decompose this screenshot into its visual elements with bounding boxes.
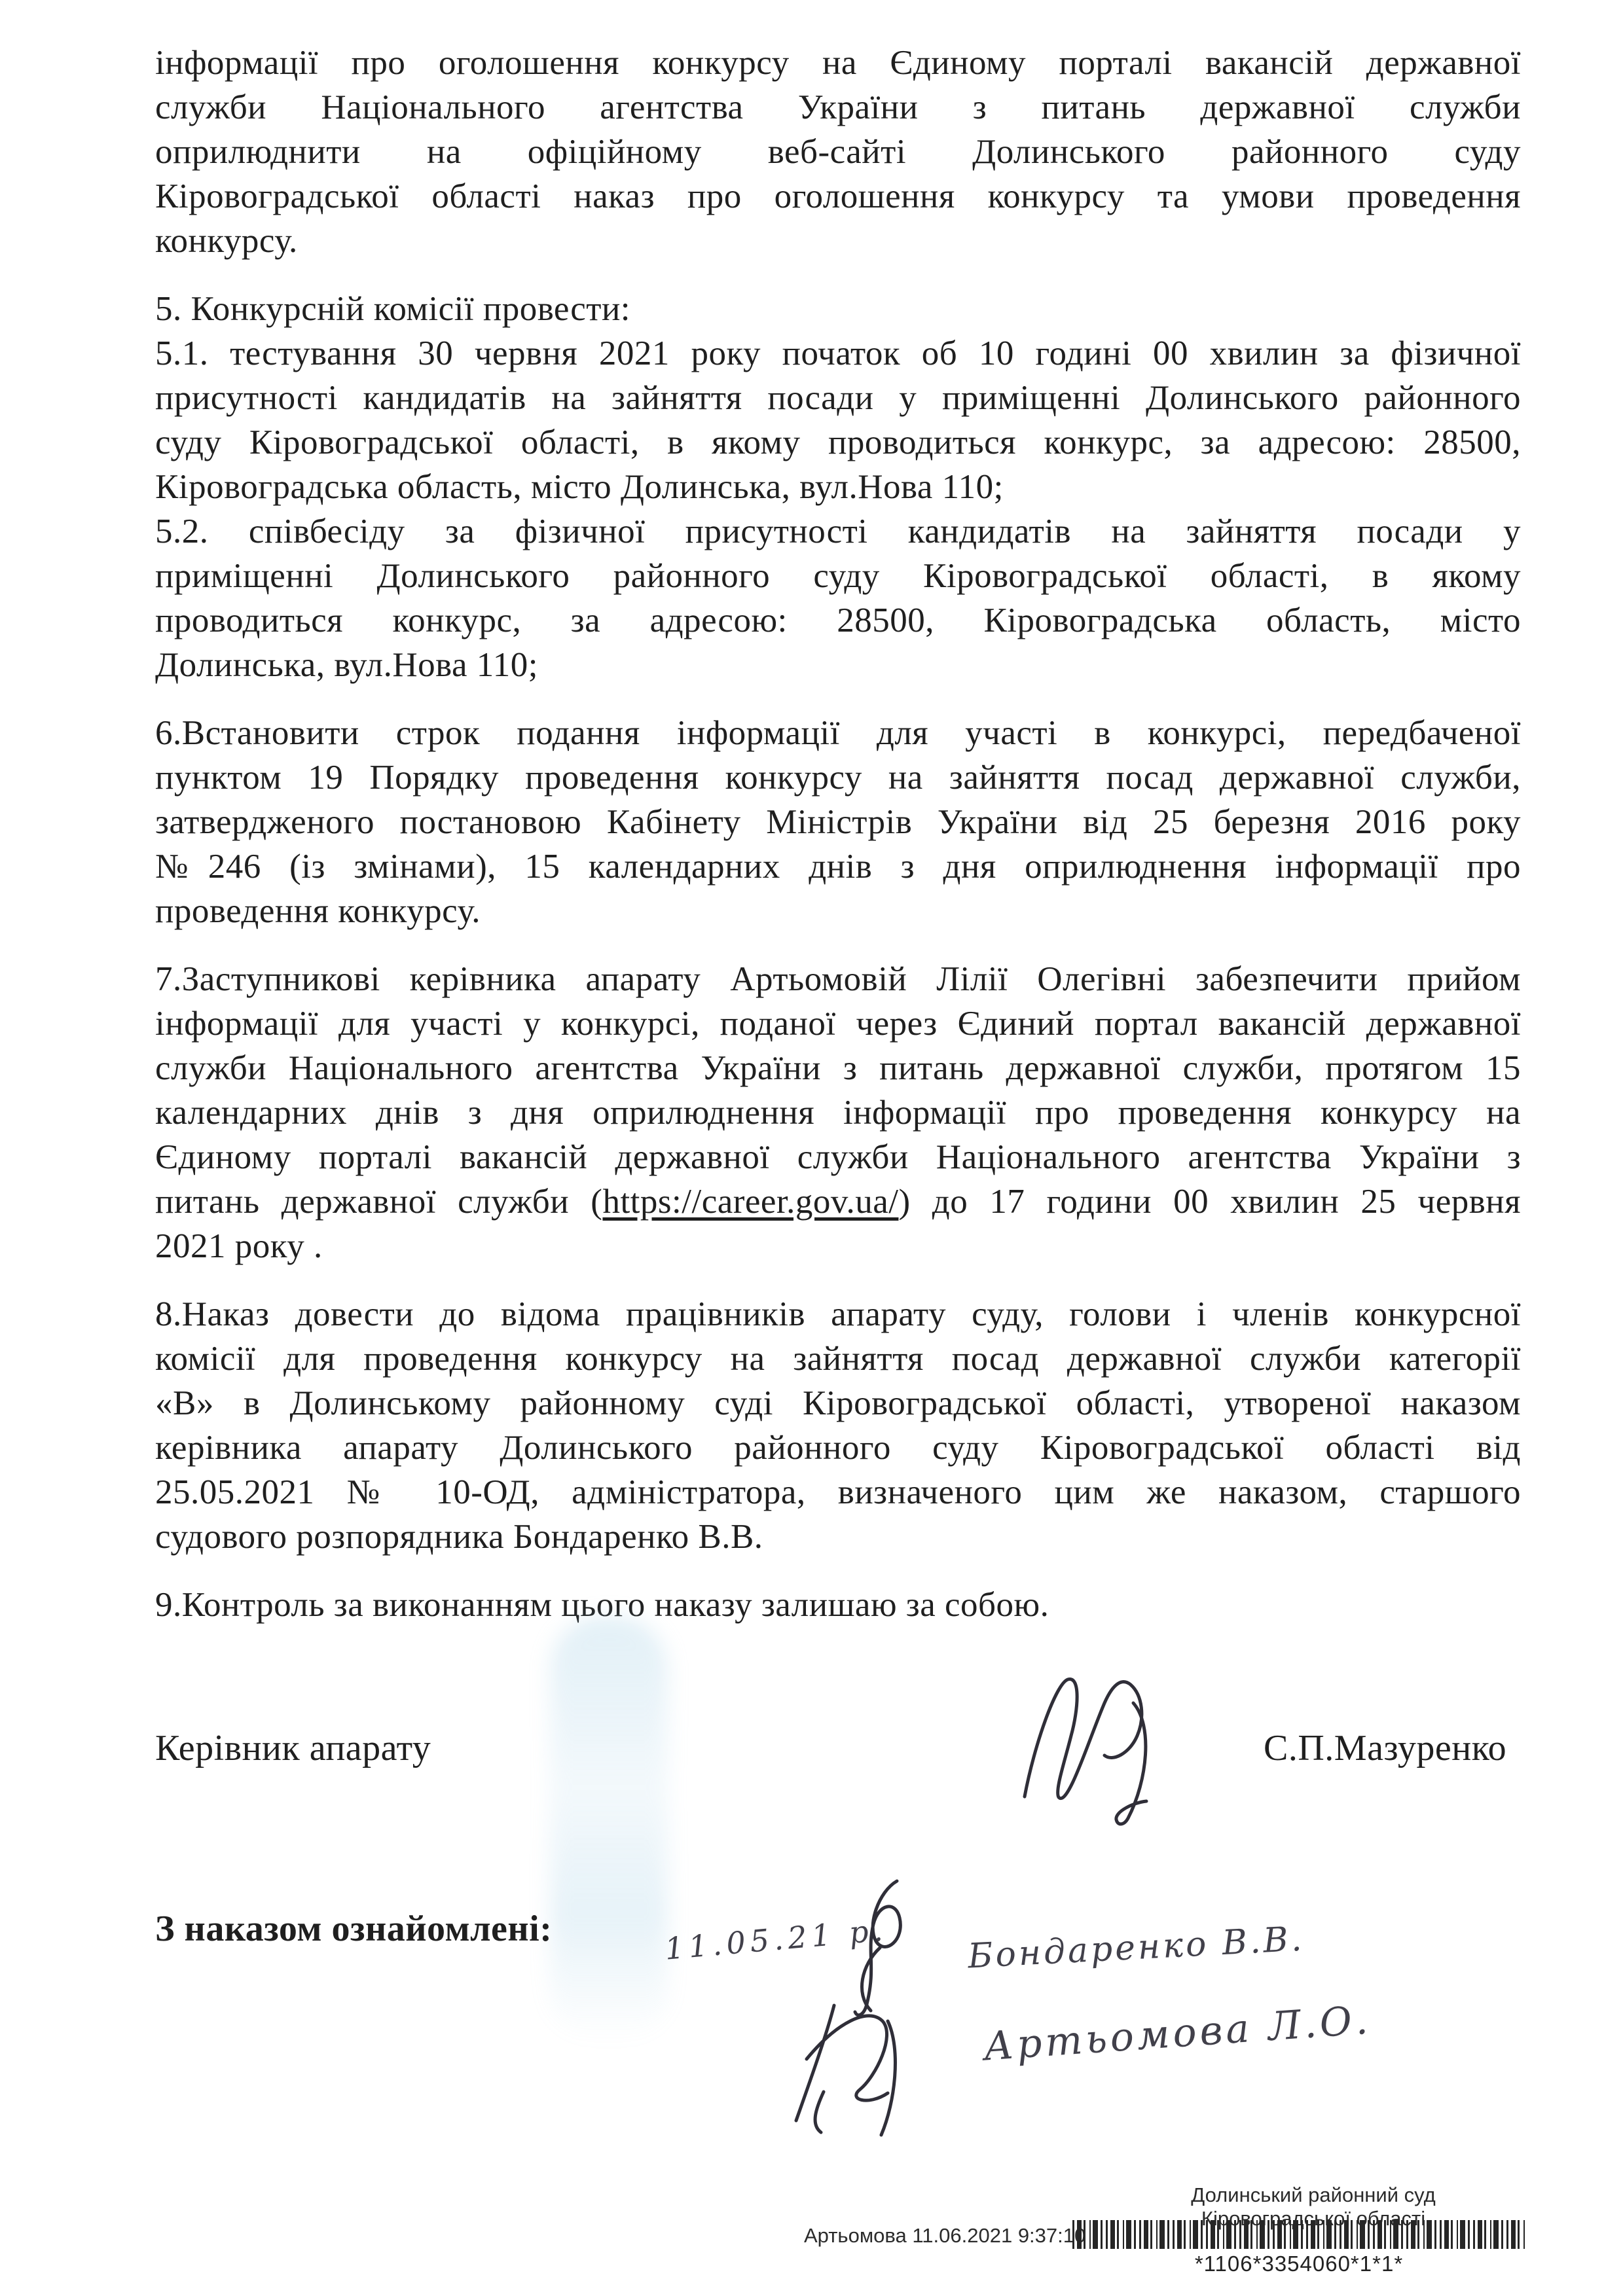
footer-registration-stamp: Артьомова 11.06.2021 9:37:10 <box>804 2224 1085 2248</box>
text-line: №246 (із змінами), 15 календарних днів з… <box>155 844 1521 889</box>
paragraph-5-2: 5.2. співбесіду за фізичної присутності … <box>155 509 1521 687</box>
link-suffix-text: ) до 17 години 00 хвилин 25 червня <box>898 1183 1521 1221</box>
paragraph-5-1: 5.1. тестування 30 червня 2021 року поча… <box>155 331 1521 509</box>
text-line: керівника апарату Долинського районного … <box>155 1426 1521 1470</box>
signature-mazurenko <box>1005 1662 1188 1833</box>
text-line: 7.Заступникові керівника апарату Артьомо… <box>155 957 1521 1001</box>
section-9: 9.Контроль за виконанням цього наказу за… <box>155 1583 1521 1627</box>
text-line: 25.05.2021 № 10-ОД, адміністратора, визн… <box>155 1470 1521 1515</box>
text-line-with-link: питань державної служби (https://career.… <box>155 1179 1521 1224</box>
text-line: «В» в Долинському районному суді Кіровог… <box>155 1381 1521 1426</box>
section-8: 8.Наказ довести до відома працівників ап… <box>155 1292 1521 1559</box>
career-portal-url: https://career.gov.ua/ <box>602 1183 898 1221</box>
text-line: проводиться конкурс, за адресою: 28500, … <box>155 598 1521 643</box>
paragraph-intro: інформації про оголошення конкурсу на Єд… <box>155 41 1521 263</box>
text-line: служби Національного агентства України з… <box>155 1046 1521 1090</box>
scan-bleed-artifact <box>550 1617 668 2042</box>
text-line: суду Кіровоградської області, в якому пр… <box>155 420 1521 465</box>
text-line: 5.1. тестування 30 червня 2021 року поча… <box>155 331 1521 376</box>
text-line: Єдиному порталі вакансій державної служб… <box>155 1135 1521 1179</box>
text-line: 9.Контроль за виконанням цього наказу за… <box>155 1583 1521 1627</box>
document-text: інформації про оголошення конкурсу на Єд… <box>155 41 1521 1627</box>
link-prefix-text: питань державної служби ( <box>155 1183 602 1221</box>
text-line: 2021 року . <box>155 1224 1521 1268</box>
text-line: Кіровоградська область, місто Долинська,… <box>155 465 1521 509</box>
text-line: інформації про оголошення конкурсу на Єд… <box>155 41 1521 85</box>
text-line: служби Національного агентства України з… <box>155 85 1521 130</box>
text-line: 8.Наказ довести до відома працівників ап… <box>155 1292 1521 1336</box>
text-line: приміщенні Долинського районного суду Кі… <box>155 554 1521 598</box>
registration-barcode <box>1072 2220 1525 2249</box>
position-title: Керівник апарату <box>155 1725 431 1771</box>
text-line: 5.2. співбесіду за фізичної присутності … <box>155 509 1521 554</box>
text-line: комісії для проведення конкурсу на зайня… <box>155 1336 1521 1381</box>
section-6: 6.Встановити строк подання інформації дл… <box>155 711 1521 933</box>
section-7: 7.Заступникові керівника апарату Артьомо… <box>155 957 1521 1268</box>
text-line: Долинська, вул.Нова 110; <box>155 643 1521 687</box>
handwritten-name-artomova: Артьомова Л.О. <box>982 1997 1372 2070</box>
section-5: 5. Конкурсній комісії провести: 5.1. тес… <box>155 287 1521 687</box>
signature-artomova <box>784 1981 974 2144</box>
barcode-number: *1106*3354060*1*1* <box>1072 2251 1525 2276</box>
text-line: 6.Встановити строк подання інформації дл… <box>155 711 1521 755</box>
text-line: календарних днів з дня оприлюднення інфо… <box>155 1090 1521 1135</box>
text-line: Кіровоградської області наказ про оголош… <box>155 174 1521 219</box>
text-line: конкурсу. <box>155 219 1521 263</box>
handwritten-name-bondarenko: Бондаренко В.В. <box>967 1920 1305 1977</box>
text-line: пунктом 19 Порядку проведення конкурсу н… <box>155 755 1521 800</box>
text-line: проведення конкурсу. <box>155 889 1521 933</box>
acknowledged-label: З наказом ознайомлені: <box>155 1906 552 1952</box>
text-line: інформації для участі у конкурсі, подано… <box>155 1001 1521 1046</box>
text-line: оприлюднити на офіційному веб-сайті Доли… <box>155 130 1521 174</box>
footer-court-name-line1: Долинський районний суд <box>1113 2183 1514 2207</box>
text-line: затвердженого постановою Кабінету Мініст… <box>155 800 1521 844</box>
section-5-heading: 5. Конкурсній комісії провести: <box>155 287 1521 331</box>
text-line: судового розпорядника Бондаренко В.В. <box>155 1515 1521 1559</box>
scanned-document-page: інформації про оголошення конкурсу на Єд… <box>0 0 1623 2296</box>
head-of-staff-name: С.П.Мазуренко <box>1264 1725 1506 1771</box>
text-line: присутності кандидатів на зайняття посад… <box>155 376 1521 420</box>
